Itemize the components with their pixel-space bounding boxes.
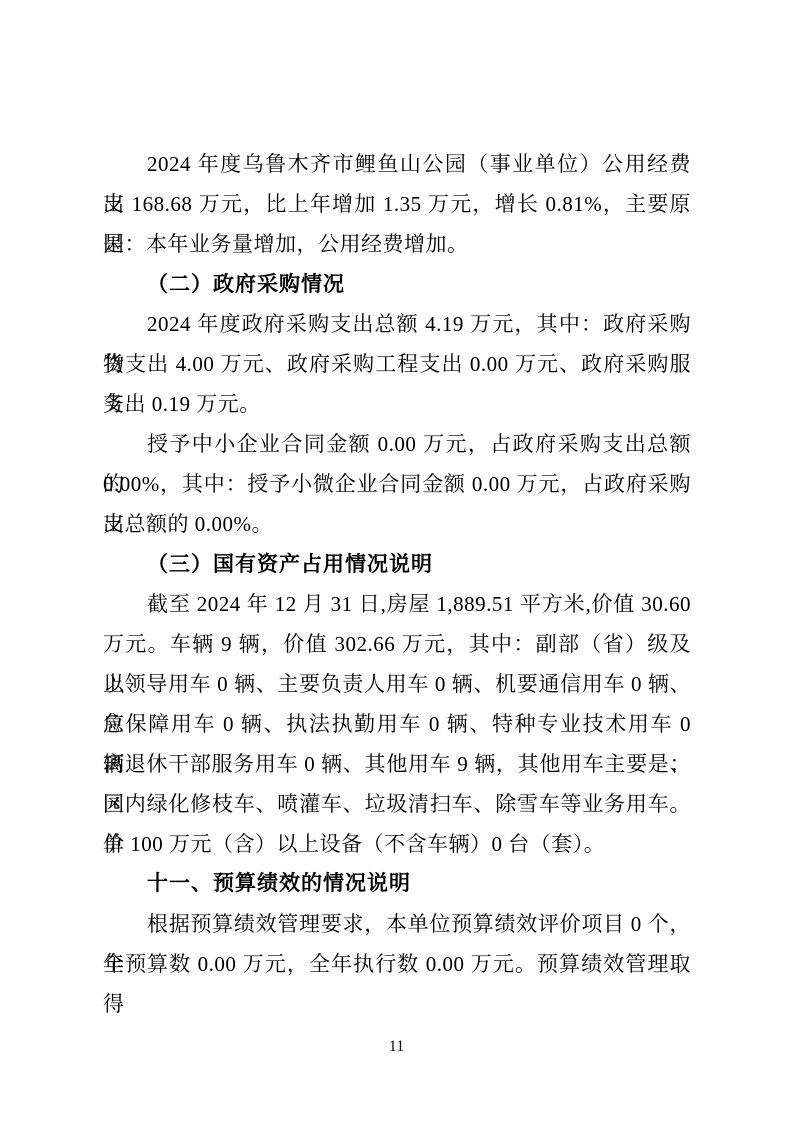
paragraph-line: 急保障用车 0 辆、执法执勤用车 0 辆、特种专业技术用车 0 辆、 — [103, 704, 691, 744]
document-page: 2024 年度乌鲁木齐市鲤鱼山公园（事业单位）公用经费支 出 168.68 万元… — [0, 0, 793, 1122]
section-heading-gov-procurement: （二）政府采购情况 — [103, 264, 691, 304]
paragraph-line: 年预算数 0.00 万元，全年执行数 0.00 万元。预算绩效管理取得 — [103, 944, 691, 984]
paragraph-line: 是：本年业务量增加，公用经费增加。 — [103, 224, 691, 264]
body-content: 2024 年度乌鲁木齐市鲤鱼山公园（事业单位）公用经费支 出 168.68 万元… — [103, 144, 691, 984]
paragraph-line: 截至 2024 年 12 月 31 日,房屋 1,889.51 平方米,价值 3… — [103, 584, 691, 624]
paragraph-line: 物支出 4.00 万元、政府采购工程支出 0.00 万元、政府采购服务 — [103, 344, 691, 384]
paragraph-line: 价 100 万元（含）以上设备（不含车辆）0 台（套）。 — [103, 824, 691, 864]
paragraph-line: 支出 0.19 万元。 — [103, 384, 691, 424]
section-heading-state-assets: （三）国有资产占用情况说明 — [103, 544, 691, 584]
section-heading-budget-performance: 十一、预算绩效的情况说明 — [103, 864, 691, 904]
paragraph-line: 2024 年度乌鲁木齐市鲤鱼山公园（事业单位）公用经费支 — [103, 144, 691, 184]
paragraph-line: 上领导用车 0 辆、主要负责人用车 0 辆、机要通信用车 0 辆、应 — [103, 664, 691, 704]
paragraph-line: 根据预算绩效管理要求，本单位预算绩效评价项目 0 个，全 — [103, 904, 691, 944]
paragraph-line: 出总额的 0.00%。 — [103, 504, 691, 544]
paragraph-line: 2024 年度政府采购支出总额 4.19 万元，其中：政府采购货 — [103, 304, 691, 344]
paragraph-line: 区内绿化修枝车、喷灌车、垃圾清扫车、除雪车等业务用车。单 — [103, 784, 691, 824]
paragraph-line: 出 168.68 万元，比上年增加 1.35 万元，增长 0.81%，主要原因 — [103, 184, 691, 224]
paragraph-line: 离退休干部服务用车 0 辆、其他用车 9 辆，其他用车主要是：园 — [103, 744, 691, 784]
page-number: 11 — [0, 1036, 793, 1058]
paragraph-line: 万元。车辆 9 辆，价值 302.66 万元，其中：副部（省）级及以 — [103, 624, 691, 664]
paragraph-line: 授予中小企业合同金额 0.00 万元，占政府采购支出总额的 — [103, 424, 691, 464]
paragraph-line: 0.00%，其中：授予小微企业合同金额 0.00 万元，占政府采购支 — [103, 464, 691, 504]
